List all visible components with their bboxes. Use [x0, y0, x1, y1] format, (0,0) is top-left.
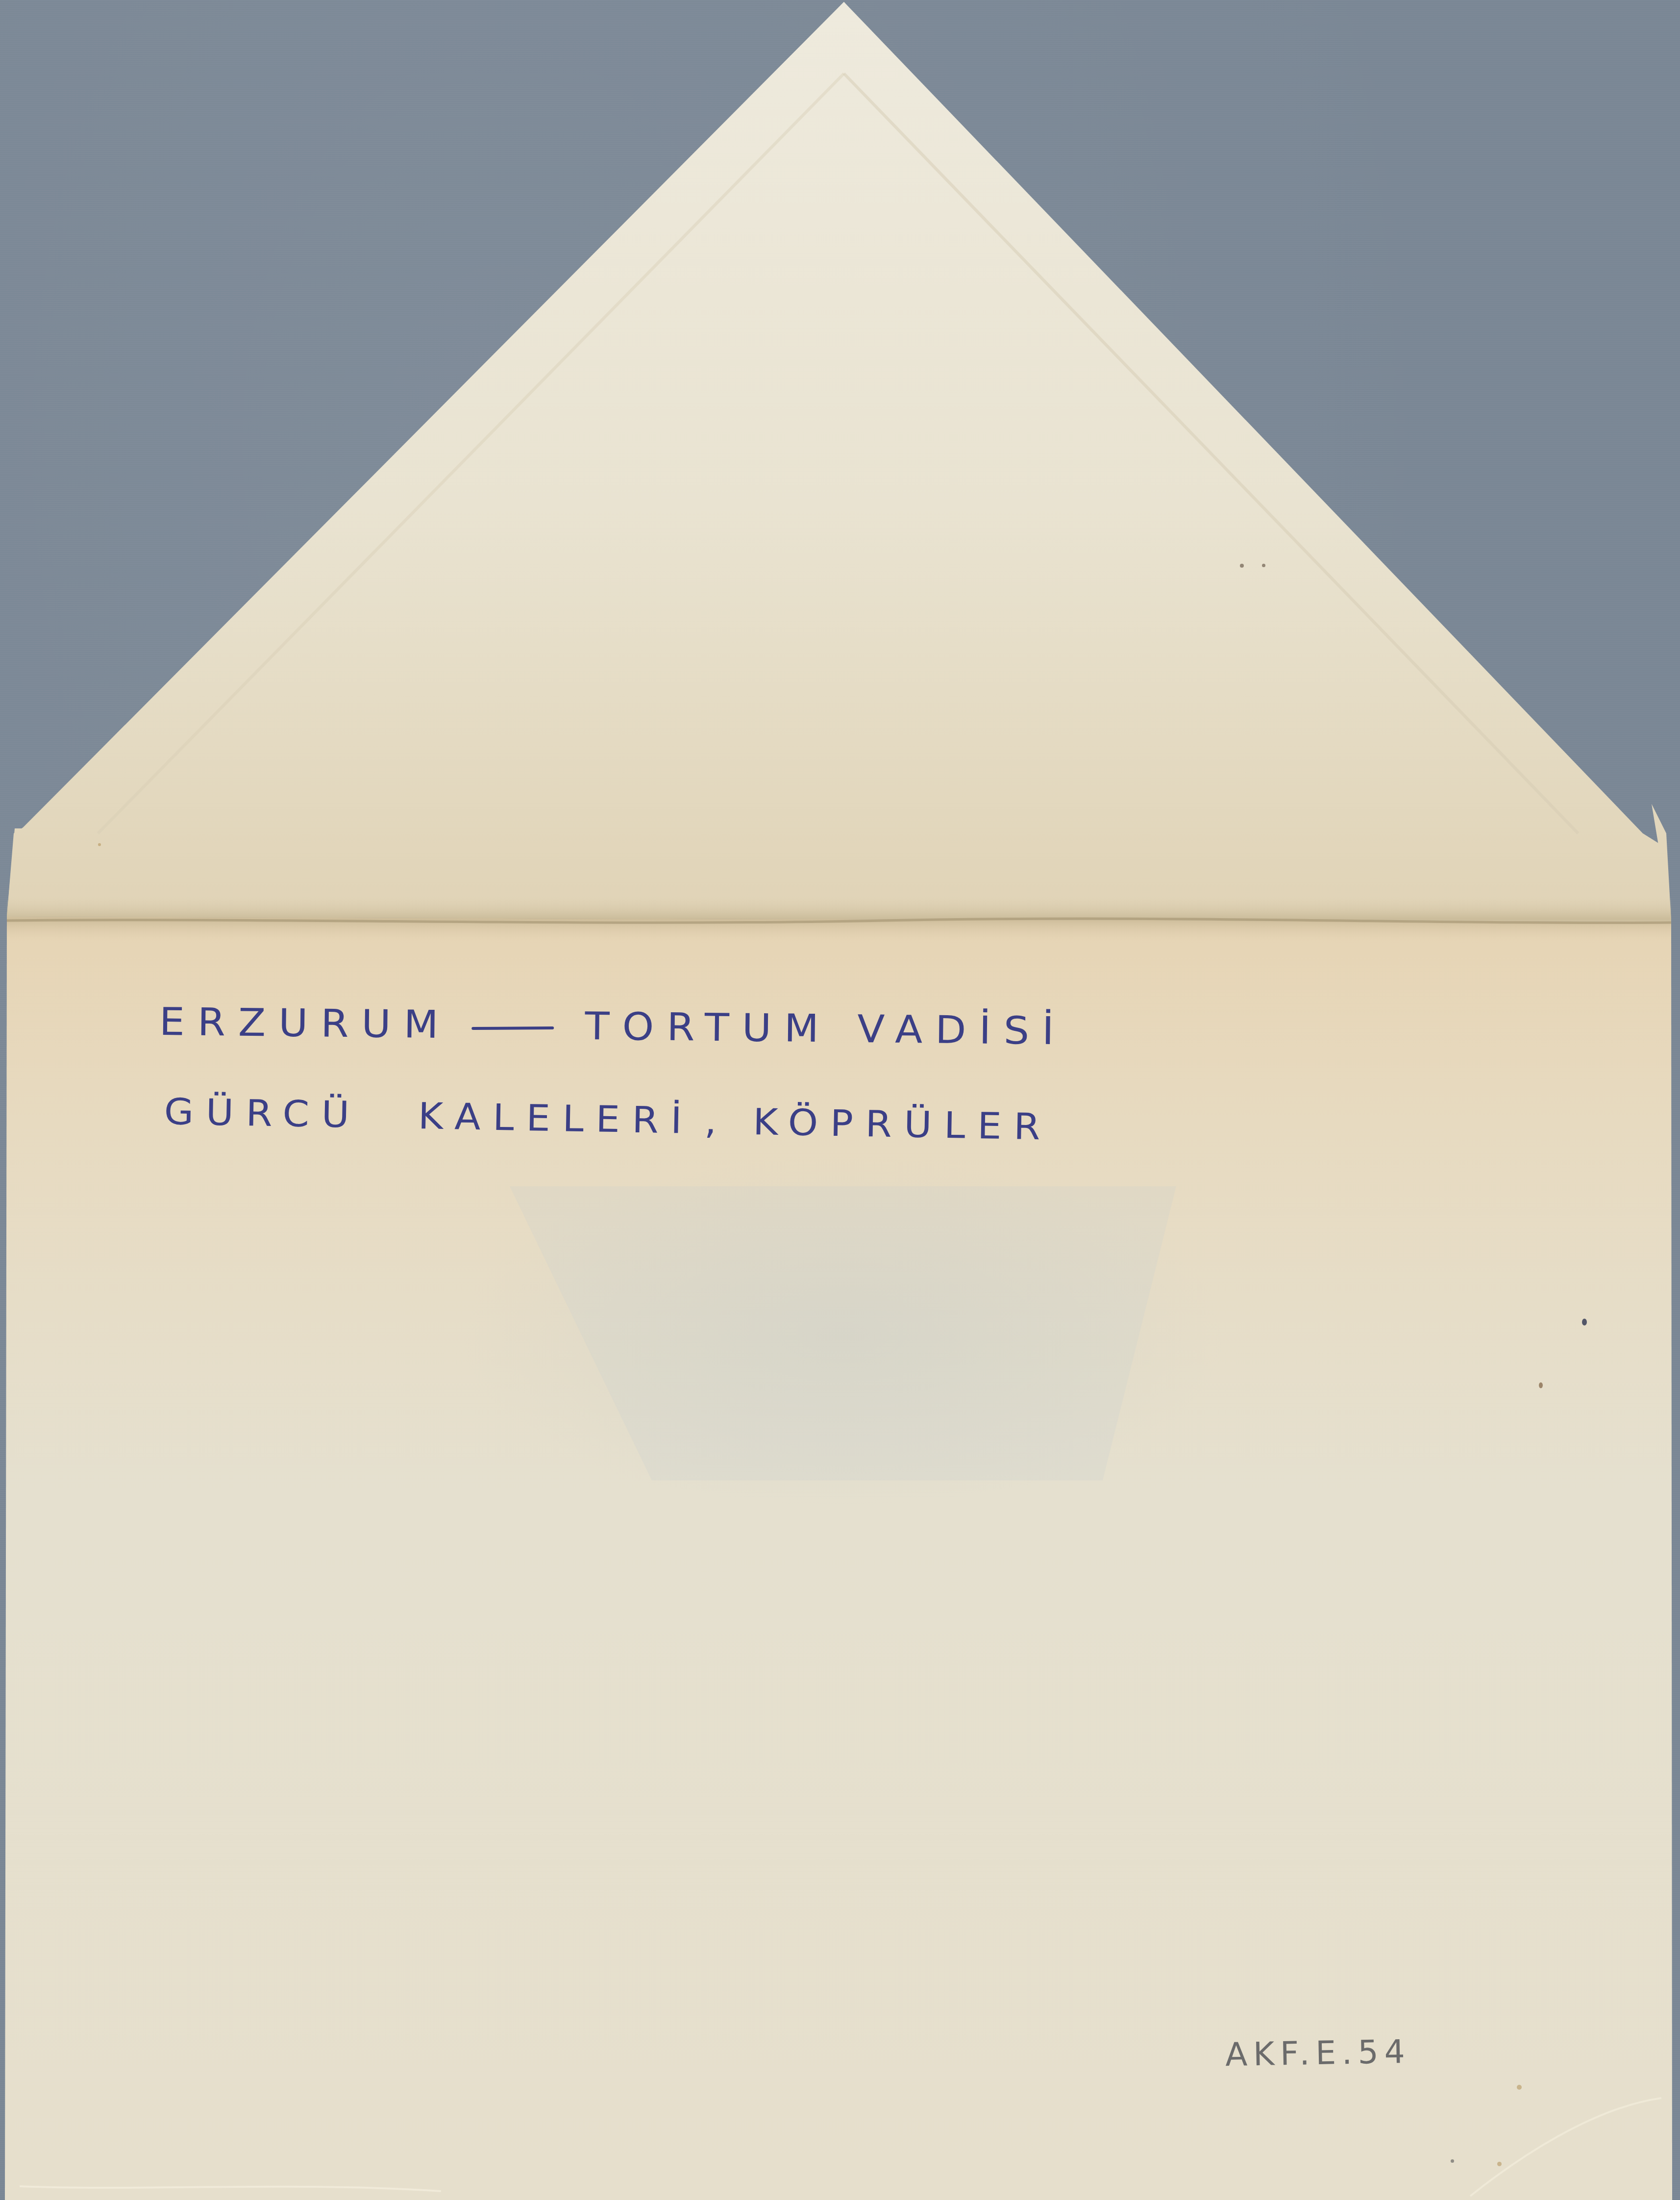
inscription-dash [472, 1026, 554, 1030]
inscription-bridges: , KÖPRÜLER [704, 1100, 1053, 1148]
inscription-castles: KALELERİ [418, 1095, 694, 1142]
inscription-place: ERZURUM [159, 1000, 452, 1047]
catalog-number: AKF.E.54 [1225, 2033, 1411, 2074]
inscription-georgian: GÜRCÜ [164, 1091, 362, 1136]
inscription-subject: TORTUM VADİSİ [585, 1004, 1067, 1053]
